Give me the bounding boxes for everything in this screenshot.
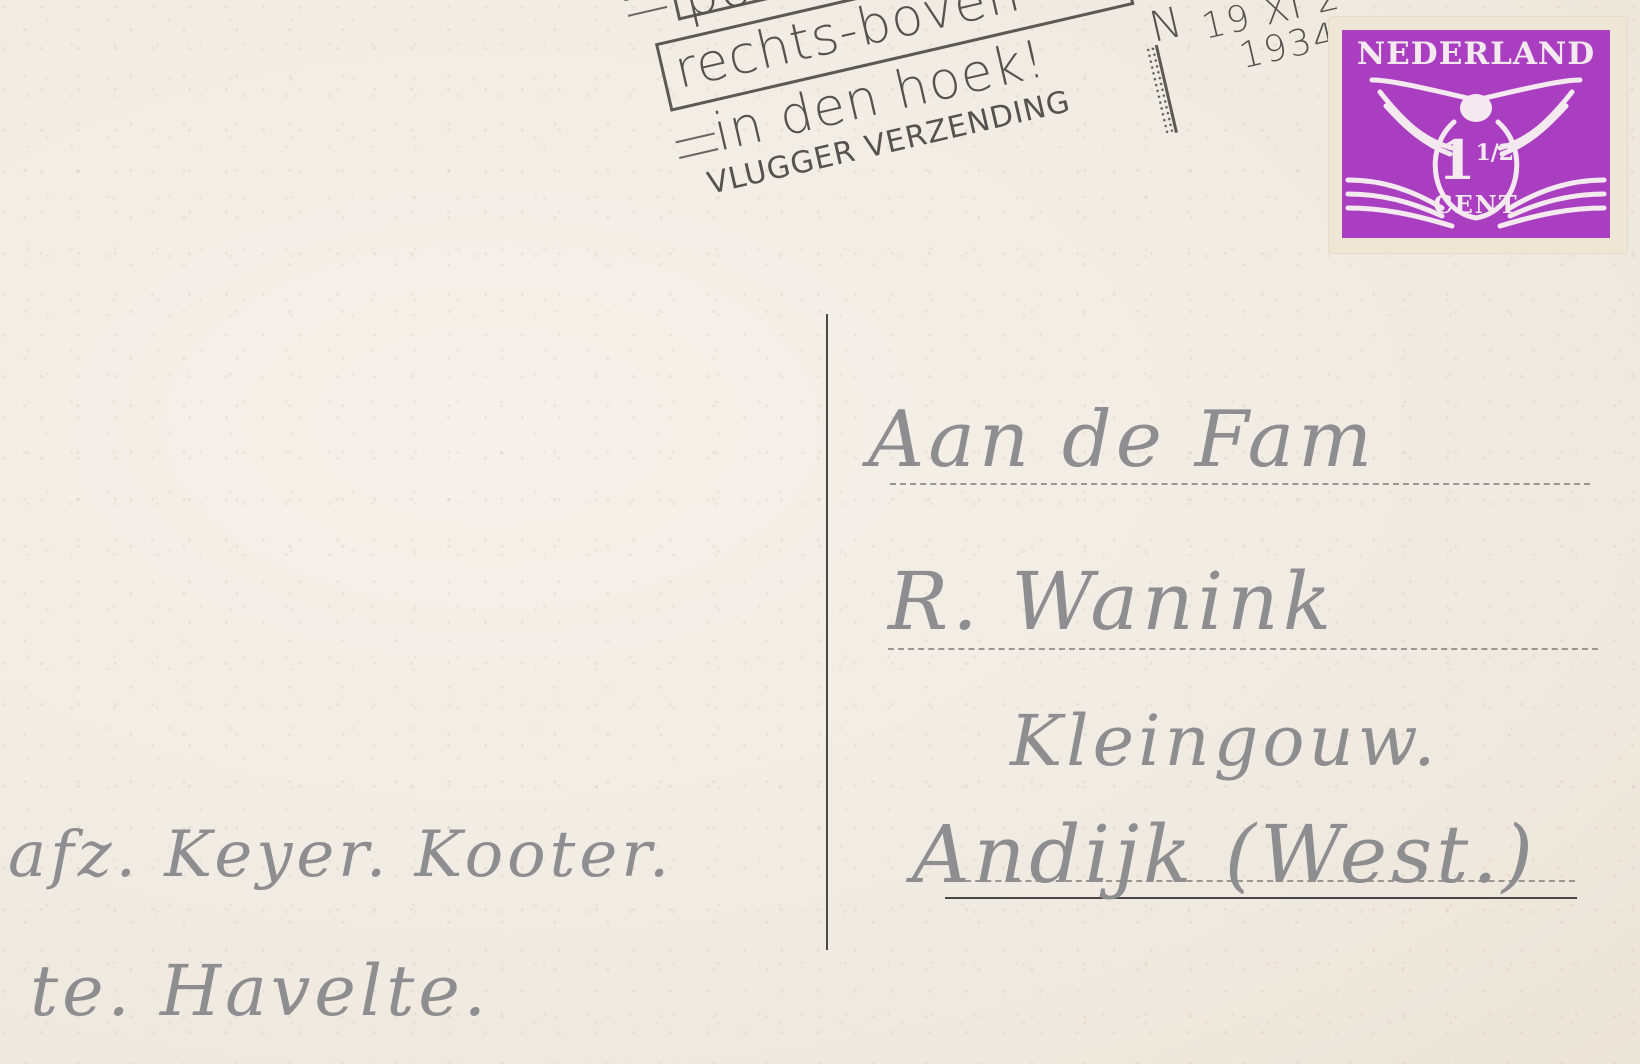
stamp-country: NEDERLAND bbox=[1342, 36, 1610, 72]
wavy-lines-icon bbox=[624, 0, 667, 17]
divider-line bbox=[826, 314, 828, 950]
stamp-value-whole: 1 bbox=[1438, 128, 1476, 192]
sender-line-1: afz. Keyer. Kooter. bbox=[8, 818, 673, 892]
wavy-lines-icon bbox=[675, 132, 718, 159]
stamp-value-fraction: 1/2 bbox=[1475, 140, 1514, 166]
stamp-face: NEDERLAND 11/2 CENT bbox=[1342, 30, 1610, 238]
stamp-value: 11/2 bbox=[1342, 128, 1610, 192]
address-line-4: Andijk (West.) bbox=[912, 808, 1537, 901]
sender-line-2: te. Havelte. bbox=[30, 950, 490, 1032]
address-line-1: Aan de Fam bbox=[868, 395, 1376, 485]
postcard: post rechts-boven in den hoek! VLUGGER V… bbox=[0, 0, 1640, 1064]
postage-stamp: NEDERLAND 11/2 CENT bbox=[1328, 16, 1628, 254]
stamp-unit: CENT bbox=[1342, 190, 1610, 219]
address-line-3: Kleingouw. bbox=[1010, 700, 1439, 782]
address-guide-line bbox=[888, 648, 1598, 650]
address-line-2: R. Wanink bbox=[888, 555, 1335, 648]
